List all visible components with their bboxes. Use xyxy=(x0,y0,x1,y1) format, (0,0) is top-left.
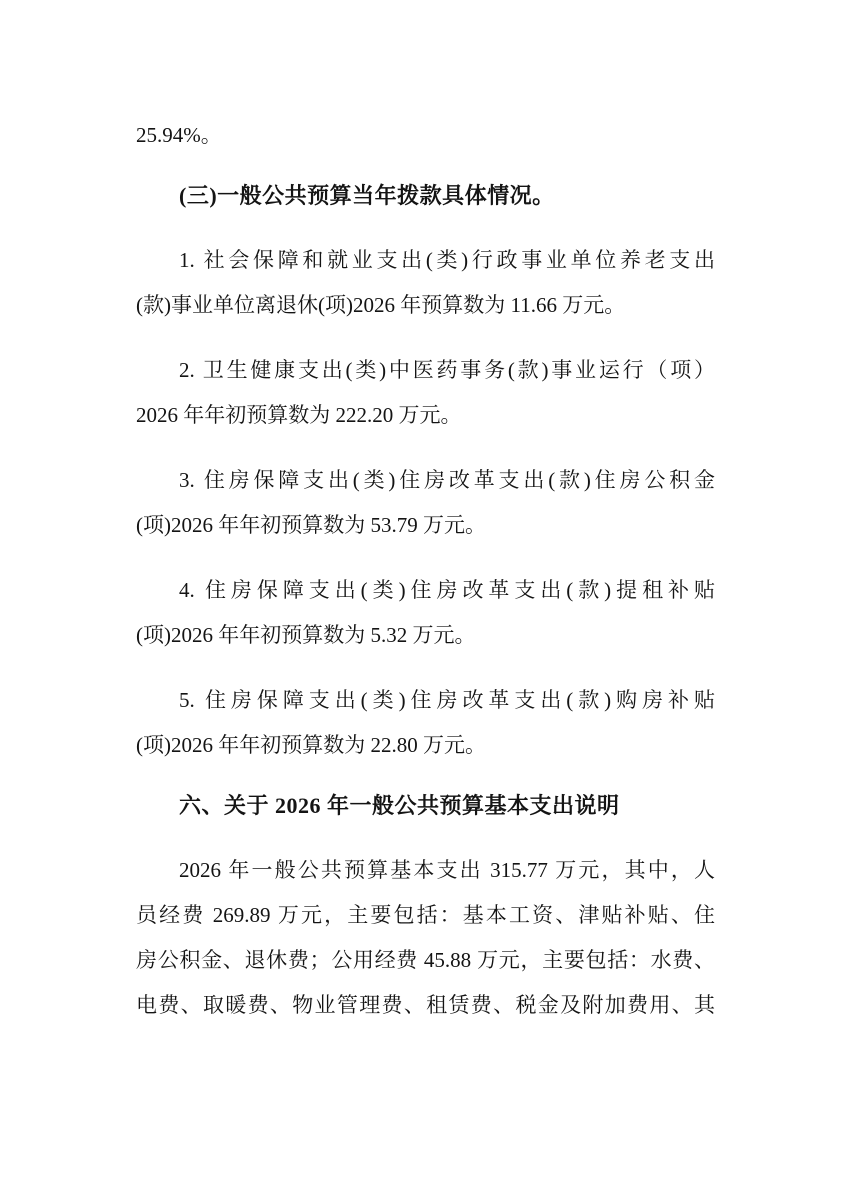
section-6-heading: 六、关于 2026 年一般公共预算基本支出说明 xyxy=(136,783,715,828)
budget-item-3-line-1: 3. 住房保障支出(类)住房改革支出(款)住房公积金 xyxy=(136,458,715,503)
section-6-paragraph-line-3: 房公积金、退休费；公用经费 45.88 万元，主要包括：水费、 xyxy=(136,938,715,983)
section-3-heading: (三)一般公共预算当年拨款具体情况。 xyxy=(136,173,715,218)
budget-item-3-line-2: (项)2026 年年初预算数为 53.79 万元。 xyxy=(136,503,715,548)
section-6-paragraph-line-4: 电费、取暖费、物业管理费、租赁费、税金及附加费用、其 xyxy=(136,983,715,1028)
budget-item-5-line-2: (项)2026 年年初预算数为 22.80 万元。 xyxy=(136,723,715,768)
budget-item-4: 4. 住房保障支出(类)住房改革支出(款)提租补贴 (项)2026 年年初预算数… xyxy=(136,568,715,658)
section-6-paragraph-line-1: 2026 年一般公共预算基本支出 315.77 万元，其中，人 xyxy=(136,848,715,893)
budget-item-4-line-2: (项)2026 年年初预算数为 5.32 万元。 xyxy=(136,613,715,658)
budget-item-1: 1. 社会保障和就业支出(类)行政事业单位养老支出 (款)事业单位离退休(项)2… xyxy=(136,238,715,328)
section-6-paragraph: 2026 年一般公共预算基本支出 315.77 万元，其中，人 员经费 269.… xyxy=(136,848,715,1028)
budget-item-4-line-1: 4. 住房保障支出(类)住房改革支出(款)提租补贴 xyxy=(136,568,715,613)
budget-item-2-line-2: 2026 年年初预算数为 222.20 万元。 xyxy=(136,393,715,438)
carryover-paragraph-line: 25.94%。 xyxy=(136,113,715,158)
section-6-paragraph-line-2: 员经费 269.89 万元，主要包括：基本工资、津贴补贴、住 xyxy=(136,893,715,938)
budget-item-1-line-2: (款)事业单位离退休(项)2026 年预算数为 11.66 万元。 xyxy=(136,283,715,328)
document-page: 25.94%。 (三)一般公共预算当年拨款具体情况。 1. 社会保障和就业支出(… xyxy=(0,0,849,1200)
budget-item-3: 3. 住房保障支出(类)住房改革支出(款)住房公积金 (项)2026 年年初预算… xyxy=(136,458,715,548)
budget-item-1-line-1: 1. 社会保障和就业支出(类)行政事业单位养老支出 xyxy=(136,238,715,283)
budget-item-2: 2. 卫生健康支出(类)中医药事务(款)事业运行（项） 2026 年年初预算数为… xyxy=(136,348,715,438)
budget-item-2-line-1: 2. 卫生健康支出(类)中医药事务(款)事业运行（项） xyxy=(136,348,715,393)
budget-item-5-line-1: 5. 住房保障支出(类)住房改革支出(款)购房补贴 xyxy=(136,678,715,723)
budget-item-5: 5. 住房保障支出(类)住房改革支出(款)购房补贴 (项)2026 年年初预算数… xyxy=(136,678,715,768)
